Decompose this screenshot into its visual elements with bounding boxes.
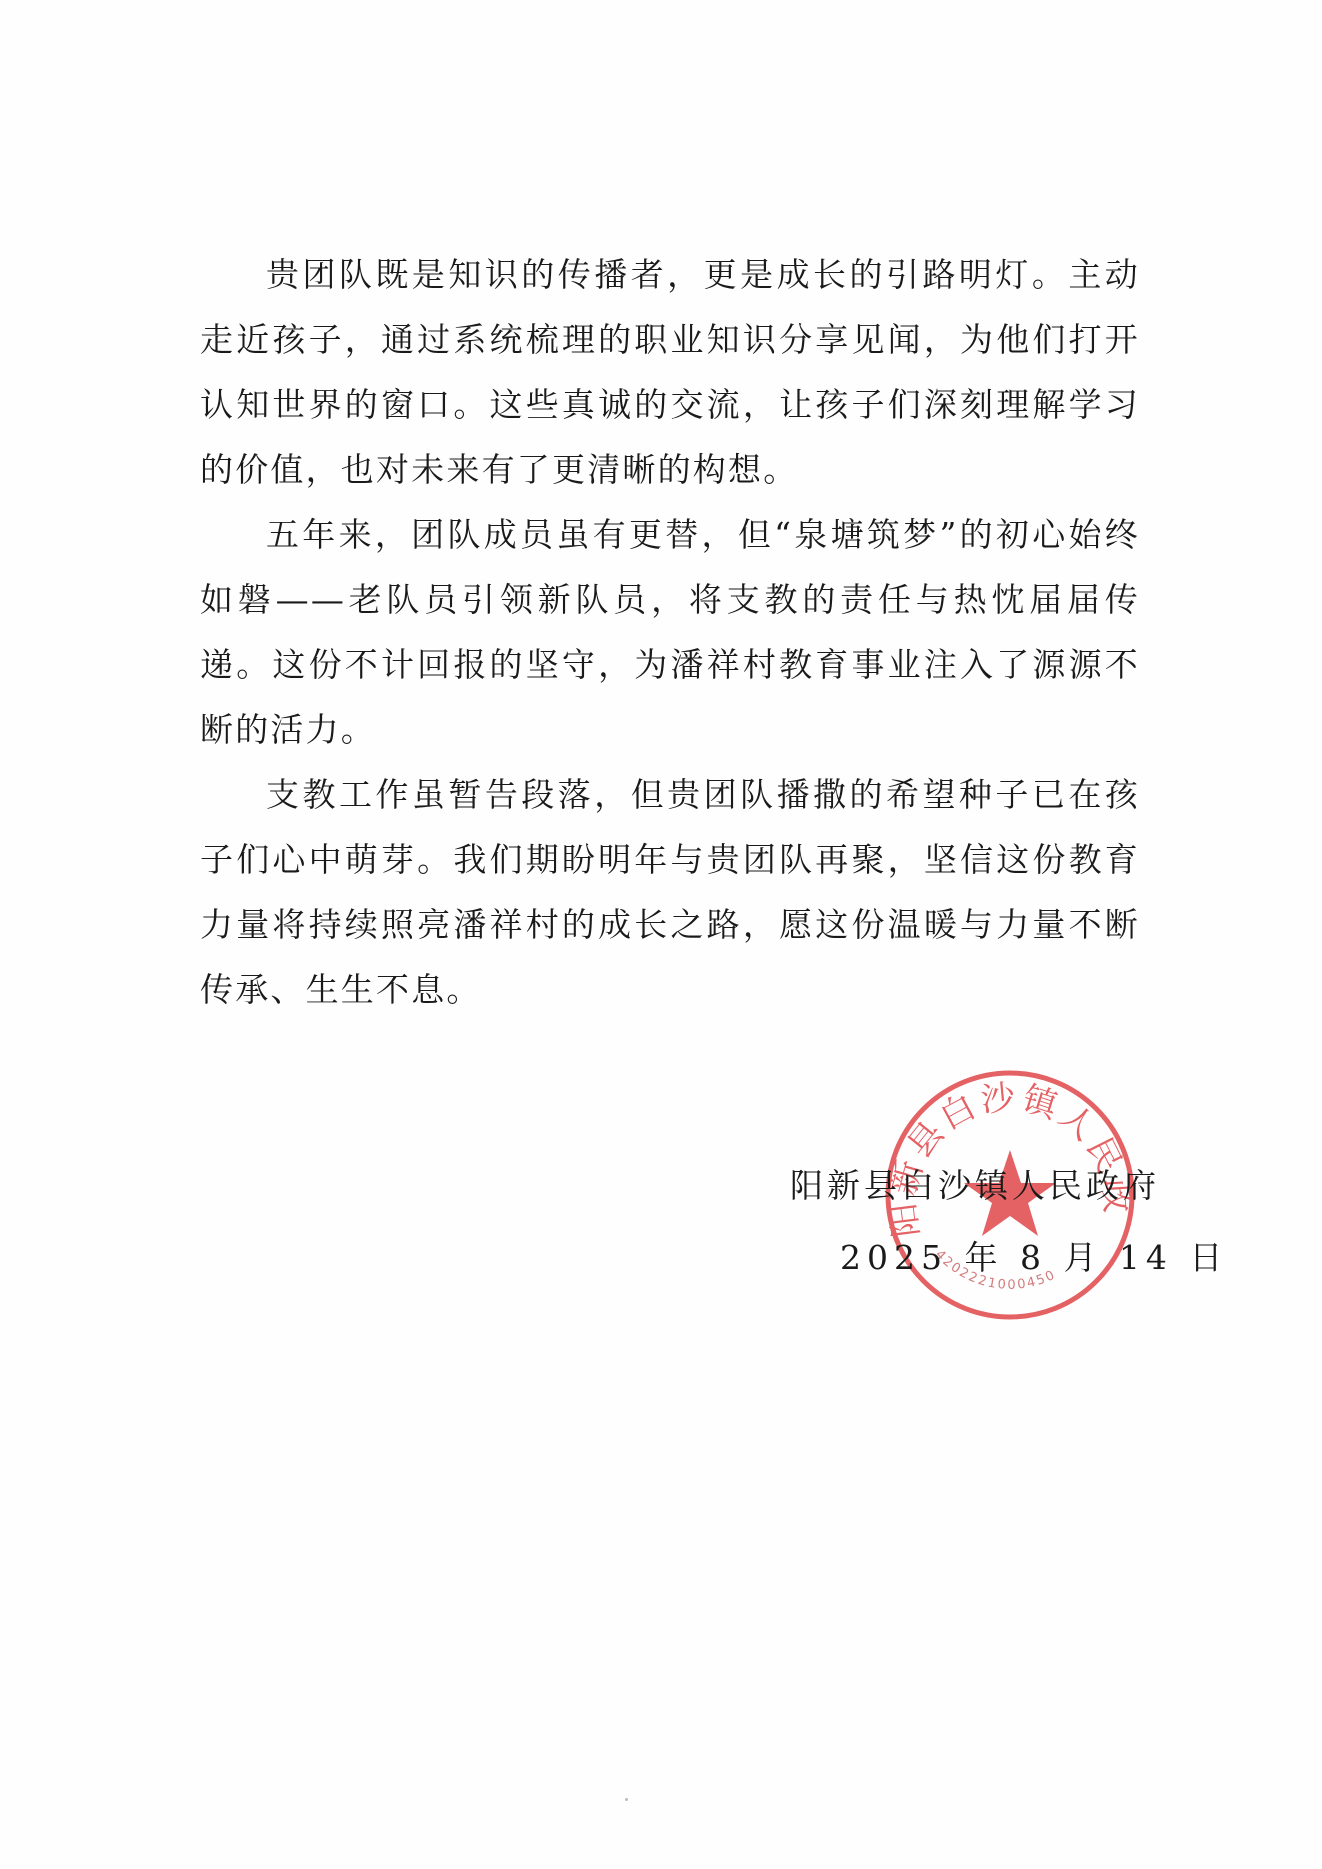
- paragraph-2: 五年来，团队成员虽有更替，但“泉塘筑梦”的初心始终如磐——老队员引领新队员，将支…: [200, 502, 1140, 762]
- paragraph-3: 支教工作虽暂告段落，但贵团队播撒的希望种子已在孩子们心中萌芽。我们期盼明年与贵团…: [200, 762, 1140, 1022]
- letter-body: 贵团队既是知识的传播者，更是成长的引路明灯。主动走近孩子，通过系统梳理的职业知识…: [200, 242, 1140, 1022]
- signing-organization: 阳新县白沙镇人民政府: [790, 1160, 1160, 1207]
- scan-speck: [625, 1798, 628, 1801]
- paragraph-1: 贵团队既是知识的传播者，更是成长的引路明灯。主动走近孩子，通过系统梳理的职业知识…: [200, 242, 1140, 502]
- signing-date: 2025 年 8 月 14 日: [840, 1232, 1228, 1279]
- document-page: 贵团队既是知识的传播者，更是成长的引路明灯。主动走近孩子，通过系统梳理的职业知识…: [0, 0, 1322, 1869]
